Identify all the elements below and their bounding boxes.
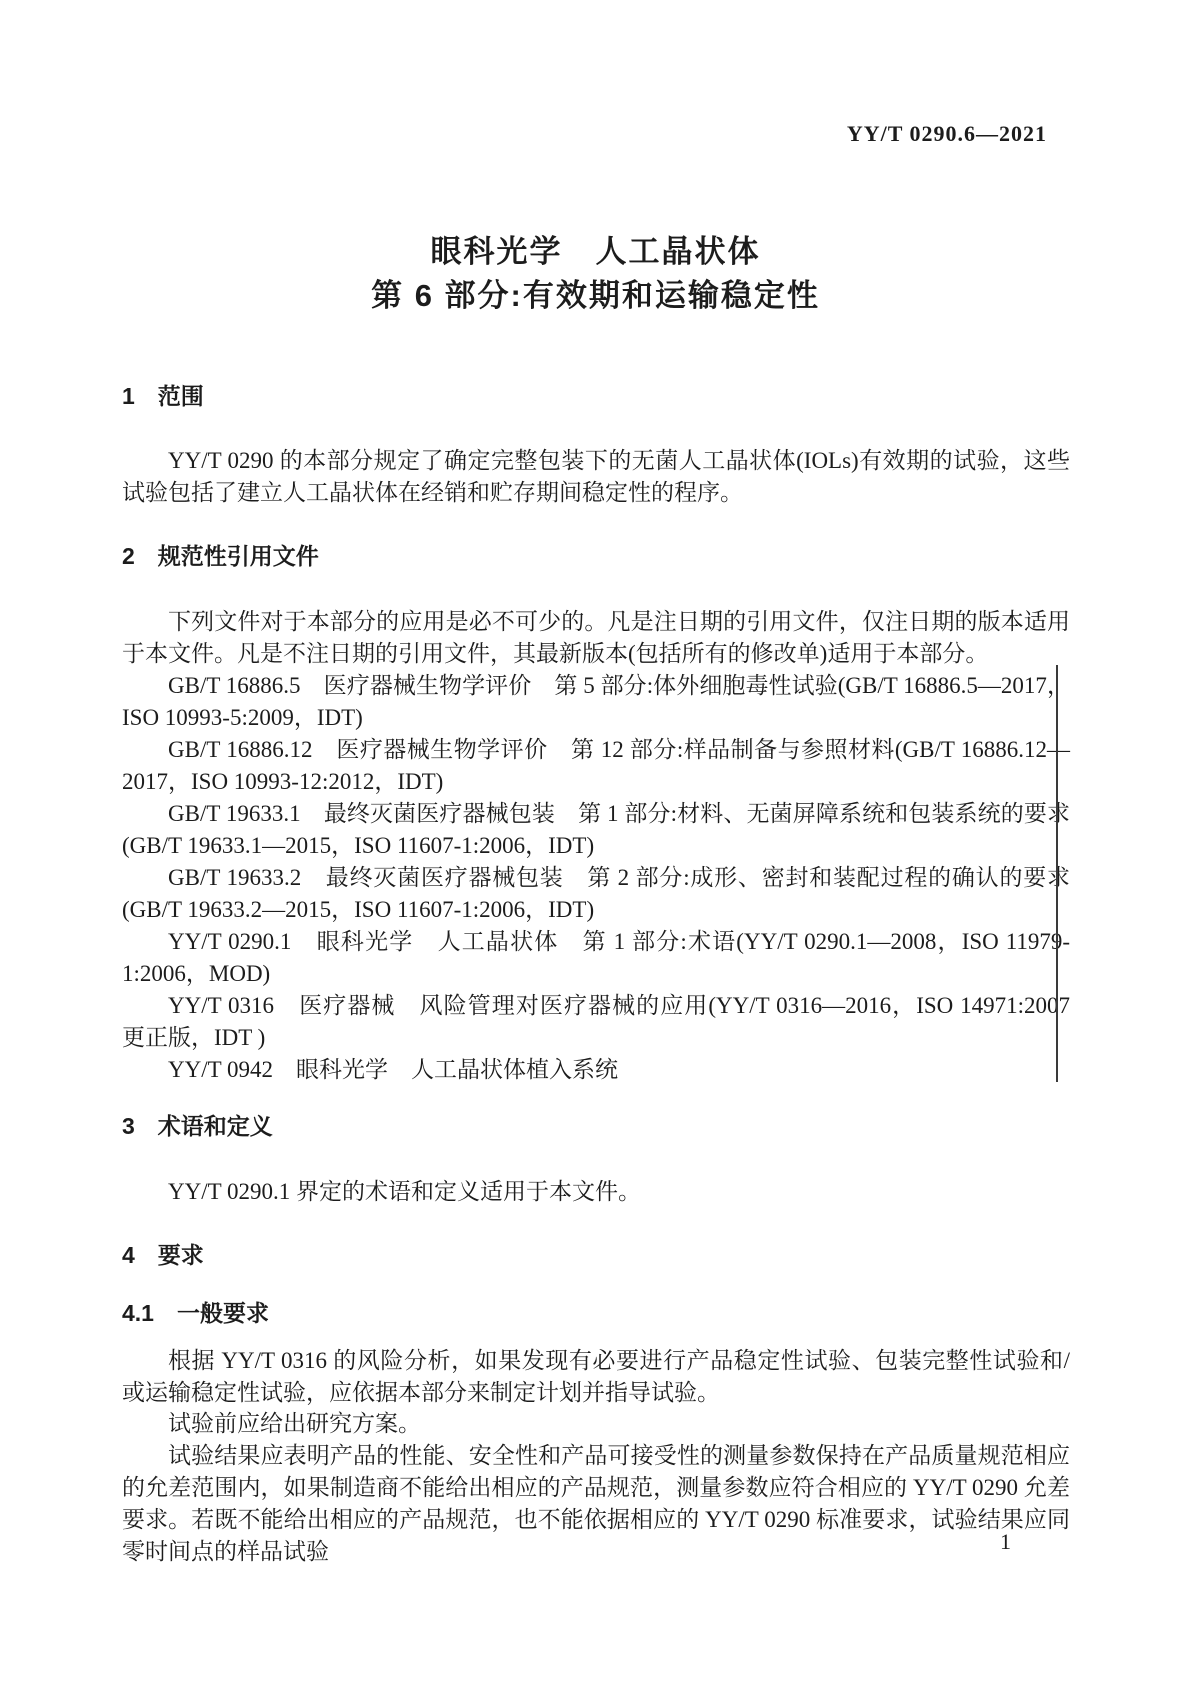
reference-item-yyt0942: YY/T 0942 眼科光学 人工晶状体植入系统 — [122, 1054, 1070, 1086]
document-page: YY/T 0290.6—2021 眼科光学 人工晶状体 第 6 部分:有效期和运… — [0, 0, 1191, 1684]
section-3-terms-paragraph: YY/T 0290.1 界定的术语和定义适用于本文件。 — [122, 1176, 1070, 1208]
reference-item-gbt19633-2: GB/T 19633.2 最终灭菌医疗器械包装 第 2 部分:成形、密封和装配过… — [122, 862, 1070, 926]
test-results-paragraph: 试验结果应表明产品的性能、安全性和产品可接受性的测量参数保持在产品质量规范相应的… — [122, 1440, 1070, 1568]
section-2-intro-paragraph: 下列文件对于本部分的应用是必不可少的。凡是注日期的引用文件，仅注日期的版本适用于… — [122, 606, 1070, 670]
section-1-scope-paragraph: YY/T 0290 的本部分规定了确定完整包装下的无菌人工晶状体(IOLs)有效… — [122, 445, 1070, 509]
standard-code: YY/T 0290.6—2021 — [847, 121, 1047, 147]
doc-title-line1: 眼科光学 人工晶状体 — [0, 226, 1191, 271]
reference-item-gbt19633-1: GB/T 19633.1 最终灭菌医疗器械包装 第 1 部分:材料、无菌屏障系统… — [122, 798, 1070, 862]
doc-title-line2: 第 6 部分:有效期和运输稳定性 — [0, 270, 1191, 315]
reference-item-gbt16886-12: GB/T 16886.12 医疗器械生物学评价 第 12 部分:样品制备与参照材… — [122, 734, 1070, 798]
section-2-heading: 2 规范性引用文件 — [122, 543, 1070, 569]
page-number: 1 — [1000, 1529, 1011, 1555]
section-3-heading: 3 术语和定义 — [122, 1113, 1070, 1139]
general-requirements-paragraph-1: 根据 YY/T 0316 的风险分析，如果发现有必要进行产品稳定性试验、包装完整… — [122, 1345, 1070, 1409]
section-4-1-heading: 4.1 一般要求 — [122, 1300, 1070, 1326]
reference-item-yyt0290-1: YY/T 0290.1 眼科光学 人工晶状体 第 1 部分:术语(YY/T 02… — [122, 926, 1070, 990]
reference-item-yyt0316: YY/T 0316 医疗器械 风险管理对医疗器械的应用(YY/T 0316—20… — [122, 990, 1070, 1054]
reference-item-gbt16886-5: GB/T 16886.5 医疗器械生物学评价 第 5 部分:体外细胞毒性试验(G… — [122, 670, 1070, 734]
section-4-heading: 4 要求 — [122, 1242, 1070, 1268]
section-1-heading: 1 范围 — [122, 383, 1070, 409]
change-marker-line — [1056, 665, 1058, 1082]
study-plan-paragraph: 试验前应给出研究方案。 — [122, 1408, 1070, 1440]
